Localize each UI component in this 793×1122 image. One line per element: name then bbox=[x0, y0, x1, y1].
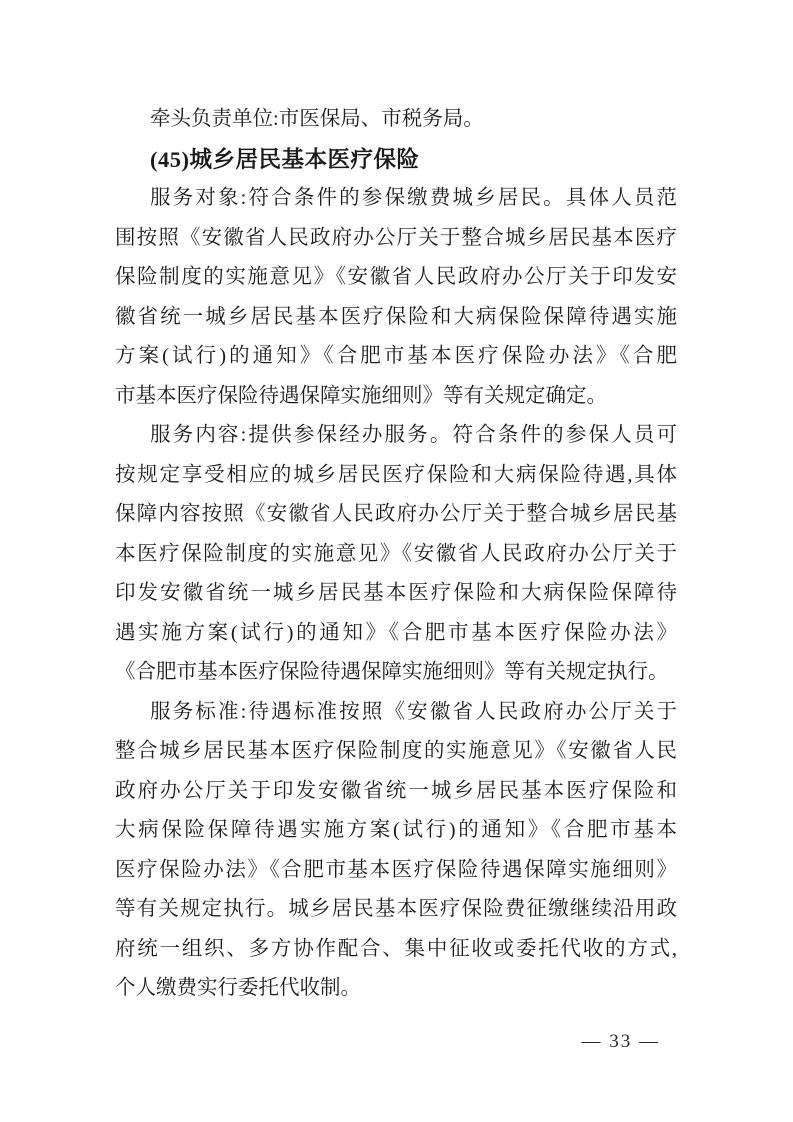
text-line: 服务内容:提供参保经办服务。符合条件的参保人员可 bbox=[115, 416, 677, 456]
text-line: 印发安徽省统一城乡居民基本医疗保险和大病保险保障待 bbox=[115, 574, 677, 614]
paragraph-service-content: 服务内容:提供参保经办服务。符合条件的参保人员可按规定享受相应的城乡居民医疗保险… bbox=[115, 416, 677, 693]
text-line: 保险制度的实施意见》《安徽省人民政府办公厅关于印发安 bbox=[115, 258, 677, 298]
text-line: 本医疗保险制度的实施意见》《安徽省人民政府办公厅关于 bbox=[115, 535, 677, 575]
text-line: 徽省统一城乡居民基本医疗保险和大病保险保障待遇实施 bbox=[115, 298, 677, 338]
text-line: 遇实施方案(试行)的通知》《合肥市基本医疗保险办法》 bbox=[115, 614, 677, 654]
text-line: 整合城乡居民基本医疗保险制度的实施意见》《安徽省人民 bbox=[115, 732, 677, 772]
text-line: 服务标准:待遇标准按照《安徽省人民政府办公厅关于 bbox=[115, 693, 677, 733]
text-line: 府统一组织、多方协作配合、集中征收或委托代收的方式, bbox=[115, 930, 677, 970]
text-line: 服务对象:符合条件的参保缴费城乡居民。具体人员范 bbox=[115, 179, 677, 219]
text-line: 等有关规定执行。城乡居民基本医疗保险费征缴继续沿用政 bbox=[115, 890, 677, 930]
text-line: 《合肥市基本医疗保险待遇保障实施细则》等有关规定执行。 bbox=[115, 653, 677, 693]
text-line: 围按照《安徽省人民政府办公厅关于整合城乡居民基本医疗 bbox=[115, 219, 677, 259]
text-line: 牵头负责单位:市医保局、市税务局。 bbox=[115, 100, 677, 140]
text-line: 医疗保险办法》《合肥市基本医疗保险待遇保障实施细则》 bbox=[115, 851, 677, 891]
text-line: 方案(试行)的通知》《合肥市基本医疗保险办法》《合肥 bbox=[115, 337, 677, 377]
page-number: — 33 — bbox=[582, 1028, 661, 1056]
text-line: (45)城乡居民基本医疗保险 bbox=[115, 140, 677, 180]
heading-item-45: (45)城乡居民基本医疗保险 bbox=[115, 140, 677, 180]
text-line: 保障内容按照《安徽省人民政府办公厅关于整合城乡居民基 bbox=[115, 495, 677, 535]
paragraph-lead-unit: 牵头负责单位:市医保局、市税务局。 bbox=[115, 100, 677, 140]
text-line: 按规定享受相应的城乡居民医疗保险和大病保险待遇,具体 bbox=[115, 456, 677, 496]
document-body: 牵头负责单位:市医保局、市税务局。(45)城乡居民基本医疗保险服务对象:符合条件… bbox=[115, 100, 677, 1009]
paragraph-service-standard: 服务标准:待遇标准按照《安徽省人民政府办公厅关于整合城乡居民基本医疗保险制度的实… bbox=[115, 693, 677, 1009]
text-line: 大病保险保障待遇实施方案(试行)的通知》《合肥市基本 bbox=[115, 811, 677, 851]
document-page: 牵头负责单位:市医保局、市税务局。(45)城乡居民基本医疗保险服务对象:符合条件… bbox=[0, 0, 793, 1122]
paragraph-service-target: 服务对象:符合条件的参保缴费城乡居民。具体人员范围按照《安徽省人民政府办公厅关于… bbox=[115, 179, 677, 416]
text-line: 市基本医疗保险待遇保障实施细则》等有关规定确定。 bbox=[115, 377, 677, 417]
text-line: 个人缴费实行委托代收制。 bbox=[115, 969, 677, 1009]
text-line: 政府办公厅关于印发安徽省统一城乡居民基本医疗保险和 bbox=[115, 772, 677, 812]
